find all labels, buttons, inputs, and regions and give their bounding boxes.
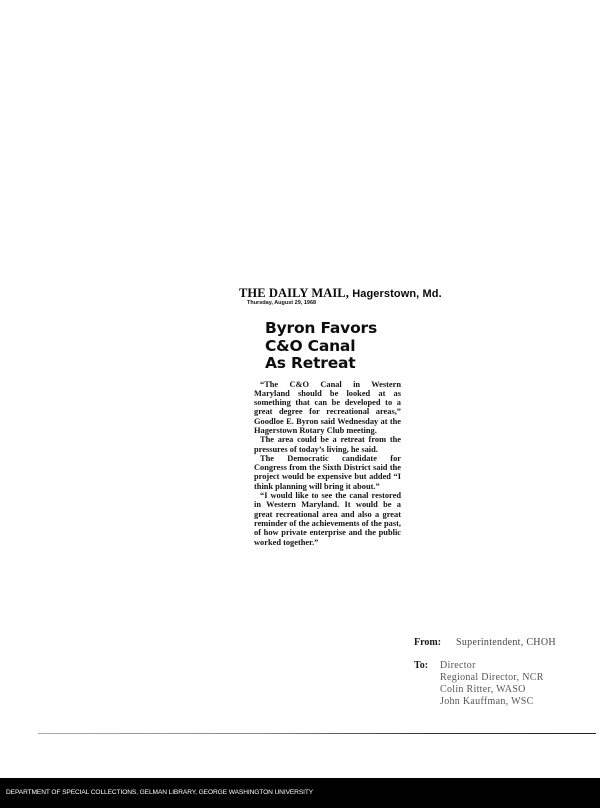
to-label: To: <box>414 660 440 708</box>
routing-memo: From: Superintendent, CHOH To: Director … <box>414 637 556 708</box>
recipient: Colin Ritter, WASO <box>440 684 544 696</box>
article-headline: Byron Favors C&O Canal As Retreat <box>265 320 424 373</box>
recipient: Director <box>440 660 544 672</box>
newspaper-clipping: THE DAILY MAIL, Hagerstown, Md. Thursday… <box>239 286 424 547</box>
memo-to-row: To: Director Regional Director, NCR Coli… <box>414 660 556 708</box>
newspaper-masthead: THE DAILY MAIL, Hagerstown, Md. <box>239 286 424 301</box>
headline-line: As Retreat <box>265 355 424 373</box>
archive-footer-bar: DEPARTMENT OF SPECIAL COLLECTIONS, GELMA… <box>0 778 600 808</box>
newspaper-name: THE DAILY MAIL, <box>239 286 349 300</box>
scanned-document-page: THE DAILY MAIL, Hagerstown, Md. Thursday… <box>0 0 600 778</box>
headline-line: Byron Favors <box>265 320 424 338</box>
article-paragraph: The Democratic candidate for Congress fr… <box>254 454 401 491</box>
from-label: From: <box>414 637 456 648</box>
article-body: “The C&O Canal in Western Maryland shoul… <box>254 380 401 547</box>
newspaper-city: Hagerstown, Md. <box>352 288 442 300</box>
from-value: Superintendent, CHOH <box>456 637 556 648</box>
article-paragraph: “I would like to see the canal restored … <box>254 491 401 547</box>
article-paragraph: The area could be a retreat from the pre… <box>254 435 401 454</box>
article-paragraph: “The C&O Canal in Western Maryland shoul… <box>254 380 401 436</box>
headline-line: C&O Canal <box>265 338 424 356</box>
recipient: John Kauffman, WSC <box>440 696 544 708</box>
horizontal-rule <box>38 733 596 734</box>
recipient: Regional Director, NCR <box>440 672 544 684</box>
recipient-list: Director Regional Director, NCR Colin Ri… <box>440 660 544 708</box>
memo-from-row: From: Superintendent, CHOH <box>414 637 556 648</box>
archive-credit: DEPARTMENT OF SPECIAL COLLECTIONS, GELMA… <box>6 789 313 796</box>
